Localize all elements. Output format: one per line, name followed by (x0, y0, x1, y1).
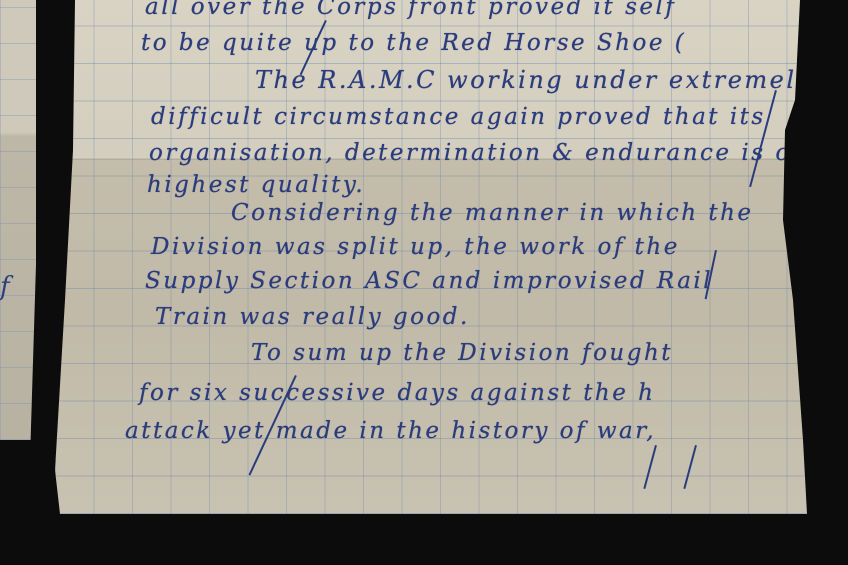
letter-line-5: organisation, determination & endurance … (149, 140, 803, 166)
ink-flourish (683, 445, 697, 489)
letter-line-4: difficult circumstance again proved that… (151, 104, 766, 130)
left-page-ink-mark: f (0, 272, 10, 302)
ink-flourish (643, 445, 657, 489)
letter-line-9: Supply Section ASC and improvised Rail (145, 268, 713, 294)
letter-line-10: Train was really good. (155, 304, 470, 330)
letter-line-2: to be quite up to the Red Horse Shoe ( (141, 30, 686, 56)
letter-page: all over the Corps front proved it self … (55, 0, 815, 514)
letter-line-11: To sum up the Division fought (251, 340, 673, 366)
letter-line-6: highest quality. (147, 172, 365, 198)
letter-line-8: Division was split up, the work of the (151, 234, 680, 260)
letter-line-13: attack yet made in the history of war, (125, 418, 656, 444)
letter-line-7: Considering the manner in which the (231, 200, 754, 226)
photo-scene: f all over the Corps front proved it sel… (0, 0, 848, 565)
letter-line-12: for six successive days against the h (139, 380, 655, 406)
letter-line-1: all over the Corps front proved it self (145, 0, 676, 20)
letter-line-3: The R.A.M.C working under extremely (255, 66, 813, 94)
left-page-fragment: f (0, 0, 36, 440)
